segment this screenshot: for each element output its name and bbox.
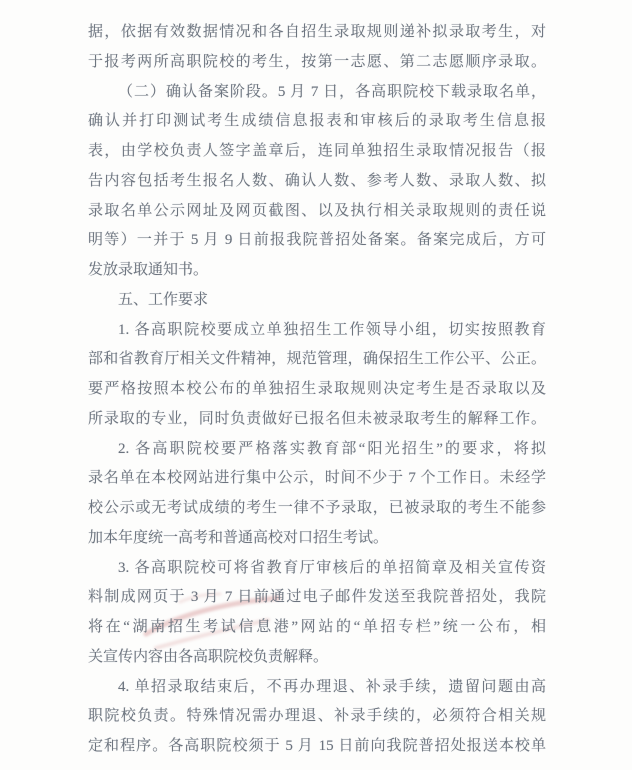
document-line: 告内容包括考生报名人数、确认人数、参考人数、录取人数、拟 (88, 167, 546, 197)
document-line: 所录取的专业，同时负责做好已报名但未被录取考生的解释工作。 (88, 405, 546, 435)
document-line: 录取名单公示网址及网页截图、以及执行相关录取规则的责任说 (88, 197, 546, 227)
document-line: 据，依据有效数据情况和各自招生录取规则递补拟录取考生，对 (88, 18, 546, 48)
scanned-document-page: 据，依据有效数据情况和各自招生录取规则递补拟录取考生，对于报考两所高职院校的考生… (0, 0, 632, 770)
document-line: 加本年度统一高考和普通高校对口招生考试。 (88, 524, 546, 554)
document-line: 3. 各高职院校可将省教育厅审核后的单招简章及相关宣传资 (88, 554, 546, 584)
document-line: 料制成网页于 3 月 7 日前通过电子邮件发送至我院普招处，我院 (88, 583, 546, 613)
document-line: 发放录取通知书。 (88, 256, 546, 286)
document-line: 校公示或无考试成绩的考生一律不予录取，已被录取的考生不能参 (88, 494, 546, 524)
document-line: 4. 单招录取结束后，不再办理退、补录手续，遗留问题由高 (88, 673, 546, 703)
document-line: 将在“湖南招生考试信息港”网站的“单招专栏”统一公布，相 (88, 613, 546, 643)
document-line: （二）确认备案阶段。5 月 7 日，各高职院校下载录取名单， (88, 78, 546, 108)
document-text-block: 据，依据有效数据情况和各自招生录取规则递补拟录取考生，对于报考两所高职院校的考生… (88, 18, 546, 762)
document-line: 定和程序。各高职院校须于 5 月 15 日前向我院普招处报送本校单 (88, 732, 546, 762)
document-line: 确认并打印测试考生成绩信息报表和审核后的录取考生信息报 (88, 107, 546, 137)
document-line: 五、工作要求 (88, 286, 546, 316)
document-line: 要严格按照本校公布的单独招生录取规则决定考生是否录取以及 (88, 375, 546, 405)
document-line: 1. 各高职院校要成立单独招生工作领导小组，切实按照教育 (88, 316, 546, 346)
document-line: 关宣传内容由各高职院校负责解释。 (88, 643, 546, 673)
document-line: 部和省教育厅相关文件精神，规范管理，确保招生工作公平、公正。 (88, 345, 546, 375)
document-line: 明等）一并于 5 月 9 日前报我院普招处备案。备案完成后，方可 (88, 226, 546, 256)
document-line: 录名单在本校网站进行集中公示，时间不少于 7 个工作日。未经学 (88, 464, 546, 494)
document-line: 于报考两所高职院校的考生，按第一志愿、第二志愿顺序录取。 (88, 48, 546, 78)
document-line: 职院校负责。特殊情况需办理退、补录手续的，必须符合相关规 (88, 702, 546, 732)
document-line: 表，由学校负责人签字盖章后，连同单独招生录取情况报告（报 (88, 137, 546, 167)
document-line: 2. 各高职院校要严格落实教育部“阳光招生”的要求，将拟 (88, 435, 546, 465)
